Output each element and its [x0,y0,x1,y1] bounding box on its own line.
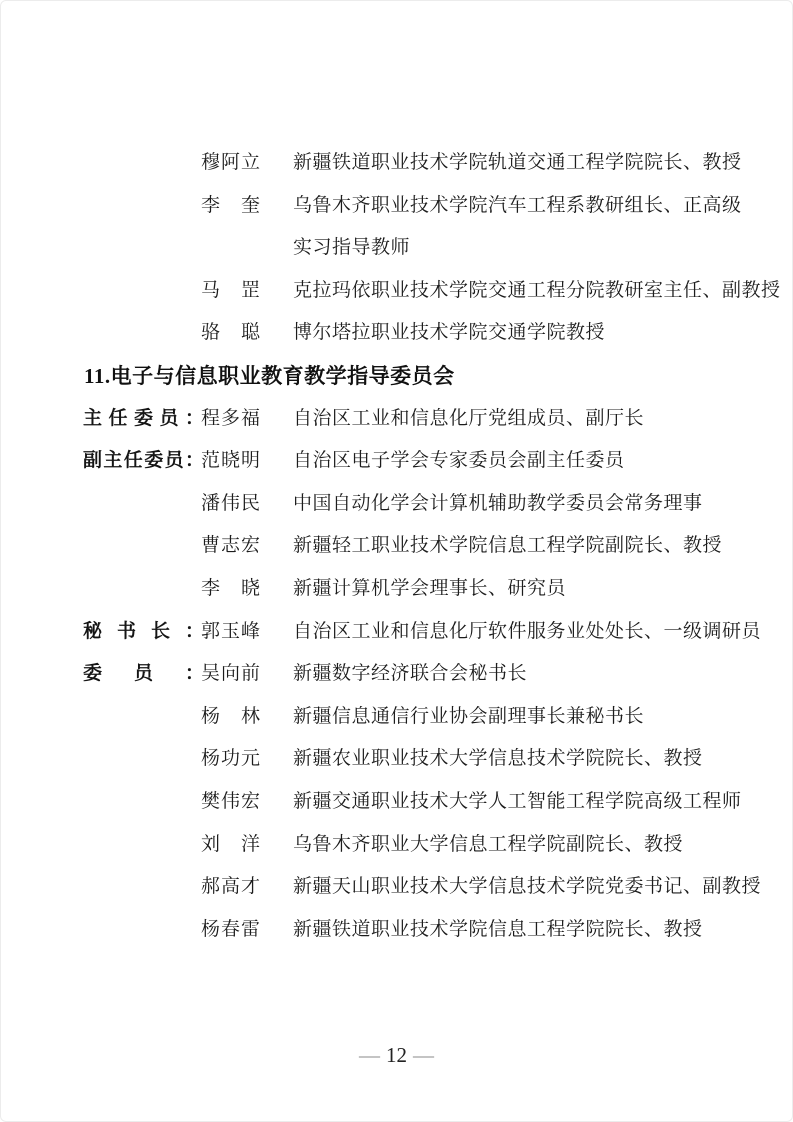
member-name: 吴向前 [201,653,261,696]
role-label: 副主任委员： [83,440,204,483]
member-name: 樊伟宏 [201,781,261,824]
member-row: 杨功元 新疆农业职业技术大学信息技术学院院长、教授 [1,738,792,781]
member-row: 李 晓 新疆计算机学会理事长、研究员 [1,568,792,611]
member-name: 穆阿立 [201,142,261,185]
member-name: 李 奎 [201,185,261,228]
member-name: 范晓明 [201,440,261,483]
member-name: 郭玉峰 [201,611,261,654]
member-duty: 自治区电子学会专家委员会副主任委员 [293,440,625,483]
member-name: 马 罡 [201,270,261,313]
member-row: 穆阿立 新疆铁道职业技术学院轨道交通工程学院院长、教授 [1,142,792,185]
member-duty-continuation: 实习指导教师 [293,227,410,270]
member-duty: 新疆交通职业技术大学人工智能工程学院高级工程师 [293,781,742,824]
member-row: 曹志宏 新疆轻工职业技术学院信息工程学院副院长、教授 [1,525,792,568]
section-heading-row: 11.电子与信息职业教育教学指导委员会 [1,355,792,398]
role-label: 秘书长： [83,611,204,654]
member-name: 杨 林 [201,696,261,739]
role-label: 委员： [83,653,204,696]
member-duty: 新疆铁道职业技术学院信息工程学院院长、教授 [293,909,703,952]
role-label: 主任委员： [83,398,204,441]
member-duty: 新疆信息通信行业协会副理事长兼秘书长 [293,696,644,739]
member-row: 杨春雷 新疆铁道职业技术学院信息工程学院院长、教授 [1,909,792,952]
footer-left-dash: — [353,1043,386,1067]
member-duty: 克拉玛依职业技术学院交通工程分院教研室主任、副教授 [293,270,781,313]
member-duty: 中国自动化学会计算机辅助教学委员会常务理事 [293,483,703,526]
page-number: 12 [386,1043,407,1067]
member-row: 杨 林 新疆信息通信行业协会副理事长兼秘书长 [1,696,792,739]
member-duty: 乌鲁木齐职业大学信息工程学院副院长、教授 [293,824,683,867]
member-duty: 自治区工业和信息化厅软件服务业处处长、一级调研员 [293,611,761,654]
document-page: 穆阿立 新疆铁道职业技术学院轨道交通工程学院院长、教授 李 奎 乌鲁木齐职业技术… [0,0,793,1122]
member-name: 骆 聪 [201,312,261,355]
member-name: 杨春雷 [201,909,261,952]
page-content: 穆阿立 新疆铁道职业技术学院轨道交通工程学院院长、教授 李 奎 乌鲁木齐职业技术… [1,142,792,951]
member-row: 李 奎 乌鲁木齐职业技术学院汽车工程系教研组长、正高级 [1,185,792,228]
member-name: 潘伟民 [201,483,261,526]
member-name: 杨功元 [201,738,261,781]
member-name: 李 晓 [201,568,261,611]
member-duty: 新疆计算机学会理事长、研究员 [293,568,566,611]
page-footer: —12— [1,1039,792,1071]
member-row: 主任委员： 程多福 自治区工业和信息化厅党组成员、副厅长 [1,398,792,441]
member-row: 副主任委员： 范晓明 自治区电子学会专家委员会副主任委员 [1,440,792,483]
member-name: 郝高才 [201,866,261,909]
member-name: 曹志宏 [201,525,261,568]
member-duty: 新疆农业职业技术大学信息技术学院院长、教授 [293,738,703,781]
member-name: 程多福 [201,398,261,441]
member-row: 樊伟宏 新疆交通职业技术大学人工智能工程学院高级工程师 [1,781,792,824]
member-duty: 新疆铁道职业技术学院轨道交通工程学院院长、教授 [293,142,742,185]
member-duty: 博尔塔拉职业技术学院交通学院教授 [293,312,605,355]
member-duty: 新疆数字经济联合会秘书长 [293,653,527,696]
member-duty: 新疆轻工职业技术学院信息工程学院副院长、教授 [293,525,722,568]
member-row: 秘书长： 郭玉峰 自治区工业和信息化厅软件服务业处处长、一级调研员 [1,611,792,654]
member-row: 潘伟民 中国自动化学会计算机辅助教学委员会常务理事 [1,483,792,526]
member-duty: 乌鲁木齐职业技术学院汽车工程系教研组长、正高级 [293,185,742,228]
member-row: 委员： 吴向前 新疆数字经济联合会秘书长 [1,653,792,696]
member-row: 马 罡 克拉玛依职业技术学院交通工程分院教研室主任、副教授 [1,270,792,313]
member-row: 刘 洋 乌鲁木齐职业大学信息工程学院副院长、教授 [1,824,792,867]
section-heading: 11.电子与信息职业教育教学指导委员会 [84,355,455,398]
member-name: 刘 洋 [201,824,261,867]
member-duty: 自治区工业和信息化厅党组成员、副厅长 [293,398,644,441]
member-row: 骆 聪 博尔塔拉职业技术学院交通学院教授 [1,312,792,355]
member-duty: 新疆天山职业技术大学信息技术学院党委书记、副教授 [293,866,761,909]
footer-right-dash: — [407,1043,440,1067]
member-duty-continuation-row: 实习指导教师 [1,227,792,270]
member-row: 郝高才 新疆天山职业技术大学信息技术学院党委书记、副教授 [1,866,792,909]
